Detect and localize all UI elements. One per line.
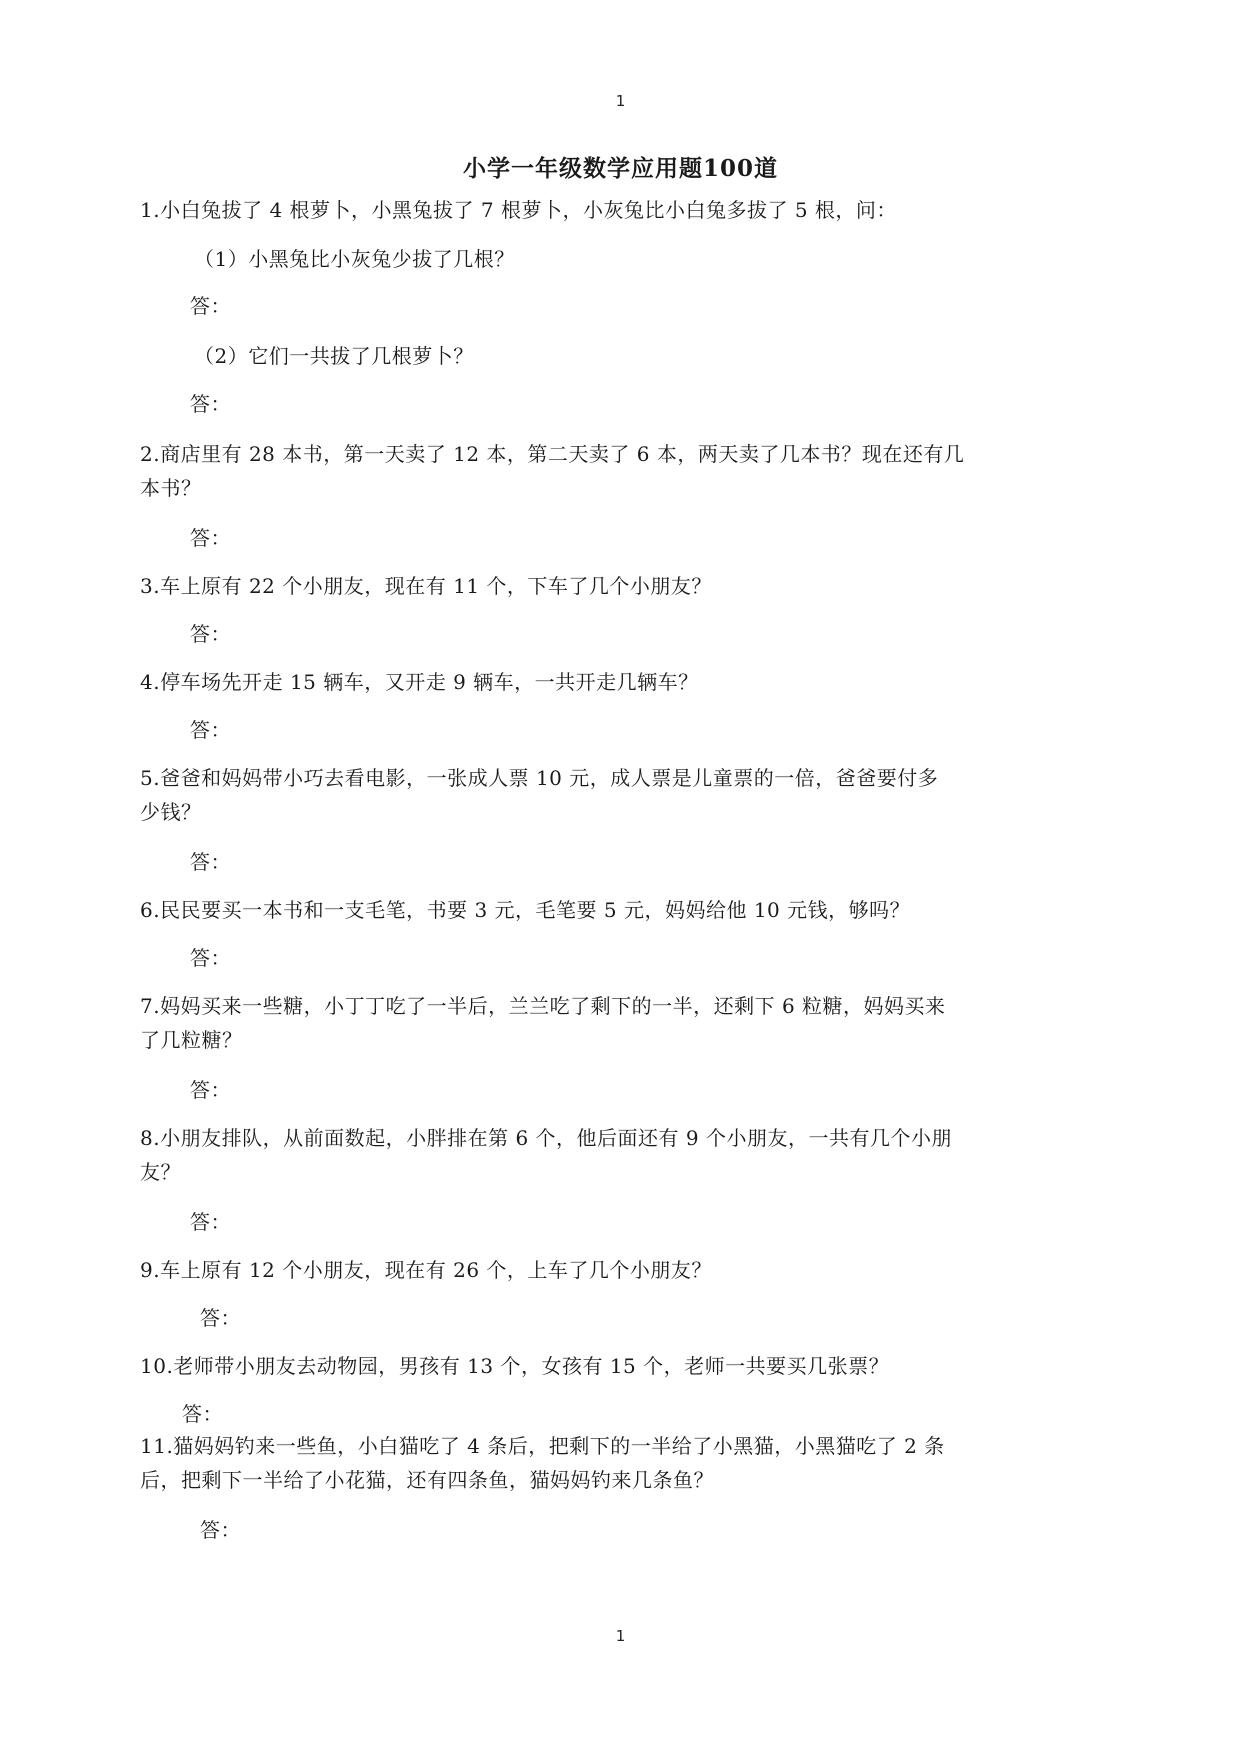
answer-label: 答：: [190, 1076, 231, 1104]
question-7-text: 7.妈妈买来一些糖，小丁丁吃了一半后，兰兰吃了剩下的一半，还剩下 6 粒糖，妈妈…: [140, 992, 946, 1020]
question-9-text: 9.车上原有 12 个小朋友，现在有 26 个，上车了几个小朋友？: [140, 1256, 712, 1284]
question-4-text: 4.停车场先开走 15 辆车，又开走 9 辆车，一共开走几辆车？: [140, 668, 699, 696]
question-6-text: 6.民民要买一本书和一支毛笔，书要 3 元，毛笔要 5 元，妈妈给他 10 元钱…: [140, 896, 910, 924]
question-7-text-cont: 了几粒糖？: [140, 1026, 243, 1054]
footer-page-number: 1: [0, 1627, 1241, 1645]
document-title: 小学一年级数学应用题100道: [0, 150, 1241, 183]
answer-label: 答：: [190, 944, 231, 972]
question-5-text: 5.爸爸和妈妈带小巧去看电影，一张成人票 10 元，成人票是儿童票的一倍，爸爸要…: [140, 764, 938, 792]
question-8-text-cont: 友？: [140, 1158, 181, 1186]
question-8-text: 8.小朋友排队，从前面数起，小胖排在第 6 个，他后面还有 9 个小朋友，一共有…: [140, 1124, 952, 1152]
answer-label: 答：: [200, 1516, 241, 1544]
question-1-text: 1.小白兔拔了 4 根萝卜，小黑兔拔了 7 根萝卜，小灰兔比小白兔多拔了 5 根…: [140, 196, 897, 224]
answer-label: 答：: [190, 524, 231, 552]
question-1-sub-1: （1）小黑兔比小灰兔少拔了几根？: [194, 245, 515, 273]
answer-label: 答：: [200, 1304, 241, 1332]
question-5-text-cont: 少钱？: [140, 798, 202, 826]
header-page-number: 1: [0, 92, 1241, 110]
answer-label: 答：: [190, 1208, 231, 1236]
question-11-text: 11.猫妈妈钓来一些鱼，小白猫吃了 4 条后，把剩下的一半给了小黑猫，小黑猫吃了…: [140, 1432, 945, 1460]
question-10-text: 10.老师带小朋友去动物园，男孩有 13 个，女孩有 15 个，老师一共要买几张…: [140, 1352, 889, 1380]
question-11-text-cont: 后，把剩下一半给了小花猫，还有四条鱼，猫妈妈钓来几条鱼？: [140, 1466, 714, 1494]
answer-label: 答：: [190, 716, 231, 744]
answer-label: 答：: [182, 1400, 223, 1428]
answer-label: 答：: [190, 292, 231, 320]
answer-label: 答：: [190, 620, 231, 648]
question-3-text: 3.车上原有 22 个小朋友，现在有 11 个，下车了几个小朋友？: [140, 572, 712, 600]
question-2-text-cont: 本书？: [140, 474, 202, 502]
question-2-text: 2.商店里有 28 本书，第一天卖了 12 本，第二天卖了 6 本，两天卖了几本…: [140, 440, 964, 468]
answer-label: 答：: [190, 390, 231, 418]
answer-label: 答：: [190, 848, 231, 876]
question-1-sub-2: （2）它们一共拔了几根萝卜？: [194, 342, 474, 370]
